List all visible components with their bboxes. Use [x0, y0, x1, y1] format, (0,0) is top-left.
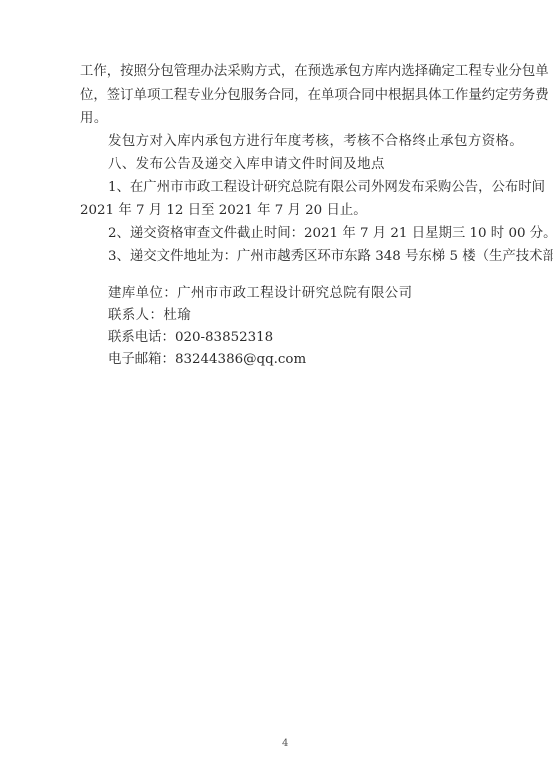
contact-email-label: 电子邮箱：83244386@qq.com [108, 352, 306, 368]
page-number: 4 [282, 738, 288, 749]
list-item-1: 1、在广州市市政工程设计研究总院有限公司外网发布采购公告，公布时间 [108, 180, 476, 196]
contact-person-label: 联系人：杜瑜 [108, 308, 191, 324]
body-text-line: 位，签订单项工程专业分包服务合同，在单项合同中根据具体工作量约定劳务费 [80, 88, 476, 104]
document-page: 工作，按照分包管理办法采购方式，在预选承包方库内选择确定工程专业分包单 位，签订… [0, 0, 553, 783]
organization-label: 建库单位：广州市市政工程设计研究总院有限公司 [108, 286, 413, 302]
assessment-paragraph: 发包方对入库内承包方进行年度考核，考核不合格终止承包方资格。 [108, 134, 523, 150]
section-heading: 八、发布公告及递交入库申请文件时间及地点 [108, 157, 385, 173]
body-text-line: 用。 [80, 111, 108, 127]
list-item-3: 3、递交文件地址为：广州市越秀区环市东路 348 号东梯 5 楼（生产技术部）。 [108, 249, 553, 265]
list-item-2: 2、递交资格审查文件截止时间：2021 年 7 月 21 日星期三 10 时 0… [108, 226, 553, 242]
list-item-1-continued: 2021 年 7 月 12 日至 2021 年 7 月 20 日止。 [80, 203, 367, 219]
body-text-line: 工作，按照分包管理办法采购方式，在预选承包方库内选择确定工程专业分包单 [80, 64, 476, 80]
contact-phone-label: 联系电话：020-83852318 [108, 330, 273, 346]
